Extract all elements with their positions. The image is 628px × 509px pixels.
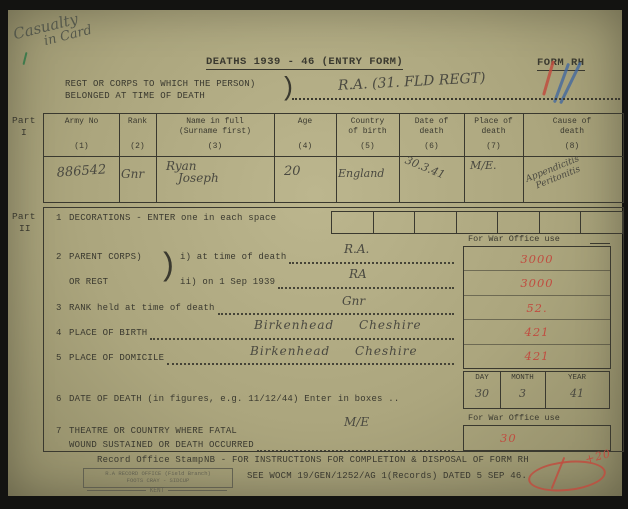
stamp-dash-right [168, 490, 227, 491]
record-office-stamp-caption: Record Office Stamp [97, 455, 203, 465]
row2-number-label: 2 PARENT CORPS) [56, 252, 142, 262]
row1-number: 1 [56, 213, 69, 223]
value-age: 20 [284, 164, 301, 179]
value-place-of-death: M/E. [470, 159, 497, 172]
dotted-leader [289, 252, 454, 264]
wo-value-birth: 421 [464, 319, 610, 343]
row3-value: Gnr [342, 294, 365, 308]
row2-sub-i: i) at time of death [180, 252, 454, 264]
stamp-line2: FOOTS CRAY - SIDCUP [84, 477, 232, 484]
regt-label-line2: BELONGED AT TIME OF DEATH [65, 91, 205, 101]
stamp-line3: KENT [150, 487, 164, 494]
date-value-month: 3 [500, 387, 545, 400]
page-title: DEATHS 1939 - 46 (ENTRY FORM) [206, 56, 403, 70]
date-of-death-table: DAY MONTH YEAR 30 3 41 [463, 371, 610, 409]
row7-value: M/E [344, 415, 369, 429]
row4-value: Birkenhead Cheshire [254, 318, 422, 332]
war-office-box-1: 3000 3000 52. 421 421 [463, 246, 611, 369]
row7-label-line1: THEATRE OR COUNTRY WHERE FATAL [69, 426, 237, 436]
col-header-country-l2: of birth [336, 127, 399, 136]
row5-number: 5 [56, 353, 69, 363]
row7-theatre-line2: WOUND SUSTAINED OR DEATH OCCURRED [69, 440, 454, 452]
row1-label: DECORATIONS - ENTER one in each space [69, 213, 276, 223]
row2-label-bottom: OR REGT [69, 277, 108, 287]
date-value-year: 41 [545, 387, 609, 400]
col-header-cause-l2: death [523, 127, 621, 136]
decoration-box [415, 212, 457, 233]
wo-value-domicile: 421 [464, 344, 610, 368]
date-header-month: MONTH [500, 374, 545, 382]
col-header-place-l1: Place of [464, 117, 523, 126]
row3-label: RANK held at time of death [69, 303, 215, 313]
row7-theatre: 7 THEATRE OR COUNTRY WHERE FATAL [56, 426, 237, 436]
col-header-name-l2: (Surname first) [156, 127, 274, 136]
wo-value-parent-corps-i: 3000 [464, 247, 610, 270]
stamp-dash-left [87, 490, 146, 491]
row-decorations: 1 DECORATIONS - ENTER one in each space [56, 213, 276, 223]
decoration-box [457, 212, 499, 233]
wo-value-parent-corps-ii: 3000 [464, 270, 610, 294]
row5-label: PLACE OF DOMICILE [69, 353, 164, 363]
decorations-boxes [331, 211, 623, 234]
row2-number: 2 [56, 252, 69, 262]
value-army-no: 886542 [46, 162, 118, 182]
wo-value-rank: 52. [464, 295, 610, 319]
row2-label-top: PARENT CORPS) [69, 252, 142, 262]
col-header-age: Age [274, 117, 336, 126]
row2-sub-ii: ii) on 1 Sep 1939 [180, 277, 454, 289]
part1-col-divider [274, 114, 275, 202]
dotted-leader [257, 440, 454, 452]
decoration-box [581, 212, 622, 233]
row2-sub-ii-label: ii) on 1 Sep 1939 [180, 277, 275, 287]
row7-label-line2: WOUND SUSTAINED OR DEATH OCCURRED [69, 440, 254, 450]
footer-nb-line2: SEE WOCM 19/GEN/1252/AG 1(Records) DATED… [247, 471, 527, 481]
date-value-day: 30 [464, 387, 500, 400]
row3-rank: 3 RANK held at time of death [56, 303, 454, 315]
col-header-place-l2: death [464, 127, 523, 136]
date-header-year: YEAR [545, 374, 609, 382]
stamp-kent-row: KENT [83, 487, 231, 494]
decoration-box [332, 212, 374, 233]
value-cause-of-death: Appendicitis Peritonitis [524, 154, 584, 194]
value-name-line2: Joseph [178, 171, 219, 185]
row2-sub-i-label: i) at time of death [180, 252, 286, 262]
war-office-box-2: 30 [463, 425, 611, 451]
row4-number: 4 [56, 328, 69, 338]
part1-col-divider [119, 114, 120, 202]
col-num-country: (5) [336, 142, 399, 151]
row4-label: PLACE OF BIRTH [69, 328, 147, 338]
col-num-date: (6) [399, 142, 464, 151]
col-num-army-no: (1) [44, 142, 119, 151]
dotted-leader [218, 303, 454, 315]
part2-panel: 1 DECORATIONS - ENTER one in each space … [43, 207, 624, 452]
decoration-box [498, 212, 540, 233]
row6-number: 6 [56, 394, 69, 404]
war-office-header-1: For War Office use [468, 234, 560, 244]
row7-number: 7 [56, 426, 69, 436]
row3-number: 3 [56, 303, 69, 313]
part2-label: Part [12, 211, 36, 222]
regt-label-line1: REGT OR CORPS TO WHICH THE PERSON) [65, 79, 255, 89]
col-header-date-l2: death [399, 127, 464, 136]
row5-value: Birkenhead Cheshire [250, 344, 418, 358]
col-header-name-l1: Name in full [156, 117, 274, 126]
record-office-stamp: R.A RECORD OFFICE (Field Branch) FOOTS C… [83, 468, 233, 488]
war-office-header-2: For War Office use [468, 413, 560, 423]
col-header-cause-l1: Cause of [523, 117, 621, 126]
part1-header-divider [44, 156, 623, 157]
col-header-date-l1: Date of [399, 117, 464, 126]
col-header-country-l1: Country [336, 117, 399, 126]
corner-annotation: Casualty in Card [11, 7, 93, 56]
value-date-of-death: 30.3.41 [403, 154, 447, 182]
scanned-document: Casualty in Card DEATHS 1939 - 46 (ENTRY… [0, 0, 628, 509]
col-header-army-no: Army No [44, 117, 119, 126]
row6-label: DATE OF DEATH (in figures, e.g. 11/12/44… [69, 394, 399, 404]
col-num-rank: (2) [119, 142, 156, 151]
decoration-box [540, 212, 582, 233]
part2-number: II [19, 223, 31, 234]
value-rank: Gnr [121, 167, 144, 181]
form-card: Casualty in Card DEATHS 1939 - 46 (ENTRY… [8, 10, 622, 496]
col-header-rank: Rank [119, 117, 156, 126]
part1-label: Part [12, 115, 36, 126]
row6-date-of-death: 6 DATE OF DEATH (in figures, e.g. 11/12/… [56, 394, 399, 404]
row2-brace: ) [158, 248, 177, 285]
col-num-age: (4) [274, 142, 336, 151]
row2-value-i: R.A. [344, 242, 369, 256]
part1-number: I [21, 127, 27, 138]
col-num-cause: (8) [523, 142, 621, 151]
wo-value-theatre: 30 [464, 426, 610, 450]
col-num-name: (3) [156, 142, 274, 151]
row2-value-ii: RA [349, 267, 367, 281]
footer-nb-line1: NB - FOR INSTRUCTIONS FOR COMPLETION & D… [204, 455, 529, 465]
value-country: England [338, 167, 384, 180]
stamp-line1: R.A RECORD OFFICE (Field Branch) [84, 470, 232, 477]
war-office-header-underline [590, 243, 610, 244]
date-header-day: DAY [464, 374, 500, 382]
col-num-place: (7) [464, 142, 523, 151]
decoration-box [374, 212, 416, 233]
part1-table: Army No (1) Rank (2) Name in full (Surna… [43, 113, 624, 203]
